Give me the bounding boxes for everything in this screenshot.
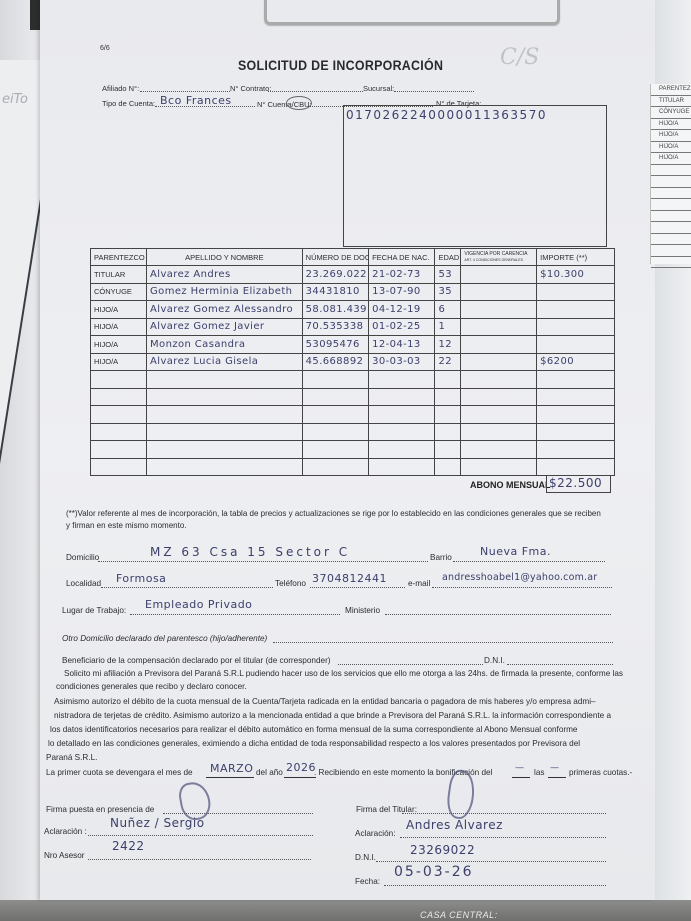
member-fecha-cell[interactable] [369, 371, 435, 389]
footnote-line-2: y firman en este mismo momento. [66, 521, 186, 530]
domicilio-value: MZ 63 Csa 15 Sector C [150, 545, 350, 559]
member-importe-cell[interactable] [537, 458, 615, 476]
bonif-field[interactable] [512, 777, 530, 778]
barrio-field[interactable] [453, 561, 605, 562]
member-fecha-cell[interactable]: 13-07-90 [369, 283, 435, 301]
header-importe: IMPORTE (**) [537, 249, 615, 266]
member-fecha-cell[interactable] [369, 423, 435, 441]
cbu-value: 0170262240000011363570 [346, 108, 547, 122]
cuenta-circle-mark [286, 96, 312, 110]
member-doc-cell[interactable] [302, 406, 368, 424]
email-field[interactable] [432, 587, 612, 588]
header-fecha: FECHA DE NAC. [369, 249, 435, 266]
member-importe-cell[interactable] [537, 336, 615, 354]
fecha-label: Fecha: [355, 877, 380, 886]
telefono-label: Teléfono [275, 579, 306, 588]
member-edad-cell[interactable]: 53 [435, 266, 461, 284]
member-nombre-cell[interactable]: Alvarez Gomez Javier [147, 318, 303, 336]
barrio-label: Barrio [430, 553, 452, 562]
member-nombre-cell[interactable] [147, 423, 303, 441]
members-table: PARENTEZCO APELLIDO Y NOMBRE NÚMERO DE D… [90, 248, 615, 476]
ministerio-label: Ministerio [345, 606, 380, 615]
first-fee-year: 2026 [286, 761, 316, 774]
first-fee-month: MARZO [210, 762, 253, 775]
side-sheet-row: HIJO/A [651, 130, 691, 142]
email-label: e-mail [408, 579, 430, 588]
member-vigencia-cell[interactable] [461, 301, 537, 319]
document-title: SOLICITUD DE INCORPORACIÓN [238, 58, 443, 73]
member-nombre-cell[interactable]: Alvarez Andres [147, 266, 303, 284]
background-left-note: eiTo [2, 92, 28, 107]
dni-field[interactable] [376, 861, 606, 862]
member-edad-cell[interactable]: 1 [435, 318, 461, 336]
asesor-value: 2422 [112, 839, 145, 853]
otro-domicilio-field[interactable] [273, 642, 613, 643]
member-parentezco-cell[interactable] [91, 388, 147, 406]
member-row: CÓNYUGEGomez Herminia Elizabeth344318101… [91, 283, 615, 301]
terms-p2-line-2: nistradora de terjetas de crédito. Asimi… [54, 711, 611, 720]
member-nombre-cell[interactable] [147, 388, 303, 406]
header-doc: NÚMERO DE DOC. [302, 249, 368, 266]
member-fecha-cell[interactable]: 04-12-19 [369, 301, 435, 319]
member-vigencia-cell[interactable] [461, 371, 537, 389]
telefono-field[interactable] [310, 587, 405, 588]
member-doc-cell[interactable]: 34431810 [302, 283, 368, 301]
member-edad-cell[interactable]: 22 [435, 353, 461, 371]
member-edad-cell[interactable] [435, 458, 461, 476]
member-importe-cell[interactable] [537, 318, 615, 336]
afiliado-label: Afiliado N°: [102, 84, 139, 93]
aclaracion-left-field[interactable] [88, 835, 313, 836]
member-parentezco-cell[interactable]: HIJO/A [91, 301, 147, 319]
side-sheet-row [651, 245, 691, 257]
member-fecha-cell[interactable] [369, 406, 435, 424]
member-doc-cell[interactable] [302, 371, 368, 389]
side-sheet-row: CÓNYUGE [651, 107, 691, 119]
first-fee-suffix: primeras cuotas.- [569, 768, 632, 777]
barrio-value: Nueva Fma. [480, 545, 551, 558]
header-vigencia: VIGENCIA POR CARENCIA ART. 4 CONDICIONES… [461, 249, 537, 266]
first-fee-prefix: La primer cuota se devengara el mes de [46, 768, 193, 777]
terms-p2-line-3: los datos identificatorios necesarios pa… [50, 725, 577, 734]
presencia-field[interactable] [163, 813, 313, 814]
side-sheet-row [651, 165, 691, 177]
background-bottom-sheet [0, 900, 691, 921]
member-row [91, 371, 615, 389]
member-nombre-cell[interactable] [147, 458, 303, 476]
clipboard-clip [264, 0, 560, 25]
domicilio-field[interactable] [98, 561, 428, 562]
member-parentezco-cell[interactable]: HIJO/A [91, 318, 147, 336]
side-sheet-row: TITULAR [651, 96, 691, 108]
telefono-value: 3704812441 [312, 572, 387, 585]
terms-p2-line-1: Asimismo autorizo el débito de la cuota … [54, 697, 596, 706]
tipo-cuenta-value: Bco Frances [160, 94, 232, 107]
member-parentezco-cell[interactable] [91, 423, 147, 441]
member-importe-cell[interactable]: $10.300 [537, 266, 615, 284]
member-doc-cell[interactable]: 58.081.439 [302, 301, 368, 319]
terms-p1-line-1: Solicito mi afiliación a Previsora del P… [64, 669, 623, 678]
bonif-value: — [515, 763, 525, 773]
member-doc-cell[interactable]: 23.269.022 [302, 266, 368, 284]
localidad-value: Formosa [116, 572, 166, 585]
asesor-label: Nro Asesor [44, 851, 85, 860]
member-vigencia-cell[interactable] [461, 388, 537, 406]
aclaracion-left-label: Aclaración : [44, 827, 87, 836]
member-row: HIJO/AAlvarez Gomez Javier70.53533801-02… [91, 318, 615, 336]
member-vigencia-cell[interactable] [461, 283, 537, 301]
member-vigencia-cell[interactable] [461, 458, 537, 476]
member-importe-cell[interactable]: $6200 [537, 353, 615, 371]
side-sheet-row [651, 176, 691, 188]
member-fecha-cell[interactable] [369, 441, 435, 459]
member-parentezco-cell[interactable] [91, 441, 147, 459]
member-parentezco-cell[interactable]: CÓNYUGE [91, 283, 147, 301]
localidad-label: Localidad [66, 579, 101, 588]
member-edad-cell[interactable]: 12 [435, 336, 461, 354]
titular-field[interactable] [402, 813, 606, 814]
header-edad: EDAD [435, 249, 461, 266]
afiliado-field[interactable] [140, 91, 230, 92]
dni-value: 23269022 [410, 843, 475, 857]
aclaracion-right-value: Andres Alvarez [406, 818, 503, 832]
abono-mensual-label: ABONO MENSUAL [470, 480, 551, 490]
member-nombre-cell[interactable] [147, 441, 303, 459]
las-field[interactable] [548, 777, 566, 778]
member-doc-cell[interactable] [302, 441, 368, 459]
member-edad-cell[interactable] [435, 371, 461, 389]
lugar-trabajo-value: Empleado Privado [145, 598, 252, 611]
background-side-sheet: PARENTEZTITULARCÓNYUGEHIJO/AHIJO/AHIJO/A… [650, 84, 691, 264]
header-parentezco: PARENTEZCO [91, 249, 147, 266]
pencil-annotation: C/S [500, 45, 539, 70]
member-vigencia-cell[interactable] [461, 318, 537, 336]
las-label: las [534, 768, 544, 777]
abono-mensual-value: $22.500 [549, 476, 602, 490]
otro-domicilio-label: Otro Domicilio declarado del parentesco … [62, 634, 267, 643]
member-vigencia-cell[interactable] [461, 423, 537, 441]
member-doc-cell[interactable]: 70.535338 [302, 318, 368, 336]
member-doc-cell[interactable]: 45.668892 [302, 353, 368, 371]
fecha-field[interactable] [384, 885, 606, 886]
header-nombre: APELLIDO Y NOMBRE [147, 249, 303, 266]
member-doc-cell[interactable]: 53095476 [302, 336, 368, 354]
member-nombre-cell[interactable]: Alvarez Lucia Gisela [147, 353, 303, 371]
aclaracion-right-label: Aclaración: [355, 829, 396, 838]
member-importe-cell[interactable] [537, 423, 615, 441]
member-importe-cell[interactable] [537, 371, 615, 389]
contrato-field[interactable] [268, 91, 363, 92]
member-importe-cell[interactable] [537, 406, 615, 424]
member-importe-cell[interactable] [537, 441, 615, 459]
member-importe-cell[interactable] [537, 283, 615, 301]
member-vigencia-cell[interactable] [461, 336, 537, 354]
side-sheet-row [651, 234, 691, 246]
member-importe-cell[interactable] [537, 301, 615, 319]
sucursal-label: Sucursal: [363, 84, 394, 93]
member-row [91, 458, 615, 476]
member-parentezco-cell[interactable] [91, 371, 147, 389]
member-parentezco-cell[interactable]: HIJO/A [91, 336, 147, 354]
member-nombre-cell[interactable] [147, 371, 303, 389]
member-fecha-cell[interactable]: 01-02-25 [369, 318, 435, 336]
side-sheet-row [651, 222, 691, 234]
members-table-header: PARENTEZCO APELLIDO Y NOMBRE NÚMERO DE D… [91, 249, 615, 266]
lugar-trabajo-label: Lugar de Trabajo: [62, 606, 126, 615]
side-sheet-row: PARENTEZ [651, 84, 691, 96]
footnote-line-1: (**)Valor referente al mes de incorporac… [66, 509, 601, 518]
side-sheet-row: HIJO/A [651, 153, 691, 165]
side-sheet-row [651, 199, 691, 211]
member-parentezco-cell[interactable] [91, 458, 147, 476]
member-row: HIJO/AMonzon Casandra5309547612-04-1312 [91, 336, 615, 354]
member-parentezco-cell[interactable]: HIJO/A [91, 353, 147, 371]
tipo-cuenta-label: Tipo de Cuenta: [102, 99, 155, 108]
member-fecha-cell[interactable]: 30-03-03 [369, 353, 435, 371]
aclaracion-left-value: Nuñez / Sergio [110, 816, 205, 830]
terms-p2-line-5: Paraná S.R.L. [46, 753, 97, 762]
member-row: HIJO/AAlvarez Gomez Alessandro58.081.439… [91, 301, 615, 319]
terms-p1-line-2: condiciones generales que recibo y decla… [56, 682, 247, 691]
beneficiario-field[interactable] [338, 664, 483, 665]
member-fecha-cell[interactable]: 12-04-13 [369, 336, 435, 354]
member-edad-cell[interactable]: 35 [435, 283, 461, 301]
domicilio-label: Domicilio [66, 553, 99, 562]
first-fee-month-field[interactable] [206, 777, 254, 778]
member-fecha-cell[interactable]: 21-02-73 [369, 266, 435, 284]
member-row [91, 388, 615, 406]
las-value: — [550, 763, 560, 773]
member-row [91, 423, 615, 441]
contrato-label: N° Contrato: [230, 84, 271, 93]
side-sheet-row [651, 188, 691, 200]
lugar-trabajo-field[interactable] [130, 614, 340, 615]
member-vigencia-cell[interactable] [461, 441, 537, 459]
beneficiario-dni-label: D.N.I. [484, 656, 505, 665]
member-vigencia-cell[interactable] [461, 406, 537, 424]
member-nombre-cell[interactable]: Alvarez Gomez Alessandro [147, 301, 303, 319]
beneficiario-label: Beneficiario de la compensación declarad… [62, 656, 331, 665]
terms-p2-line-4: lo detallado en las condiciones generale… [48, 739, 580, 748]
member-row [91, 406, 615, 424]
sucursal-field[interactable] [394, 91, 474, 92]
member-edad-cell[interactable]: 6 [435, 301, 461, 319]
fecha-value: 05-03-26 [394, 864, 474, 880]
side-sheet-row [651, 257, 691, 269]
member-nombre-cell[interactable] [147, 406, 303, 424]
localidad-field[interactable] [101, 587, 273, 588]
member-importe-cell[interactable] [537, 388, 615, 406]
ministerio-field[interactable] [385, 614, 611, 615]
member-vigencia-cell[interactable] [461, 266, 537, 284]
dni-label: D.N.I. [355, 853, 376, 862]
presencia-label: Firma puesta en presencia de [46, 805, 154, 814]
first-fee-year-label: del año [256, 768, 283, 777]
asesor-field[interactable] [88, 859, 311, 860]
aclaracion-right-field[interactable] [400, 837, 606, 838]
beneficiario-dni-field[interactable] [507, 664, 613, 665]
member-row: HIJO/AAlvarez Lucia Gisela45.66889230-03… [91, 353, 615, 371]
page-number: 6/6 [100, 45, 110, 52]
member-doc-cell[interactable] [302, 458, 368, 476]
side-sheet-row: HIJO/A [651, 119, 691, 131]
member-parentezco-cell[interactable] [91, 406, 147, 424]
member-fecha-cell[interactable] [369, 458, 435, 476]
member-edad-cell[interactable] [435, 406, 461, 424]
member-nombre-cell[interactable]: Monzon Casandra [147, 336, 303, 354]
cbu-card-box[interactable] [343, 105, 607, 247]
member-row [91, 441, 615, 459]
casa-central-label: CASA CENTRAL: [420, 910, 498, 920]
member-fecha-cell[interactable] [369, 388, 435, 406]
first-fee-year-field[interactable] [284, 777, 316, 778]
side-sheet-row: HIJO/A [651, 142, 691, 154]
email-value: andresshoabel1@yahoo.com.ar [442, 572, 597, 583]
member-row: TITULARAlvarez Andres23.269.02221-02-735… [91, 266, 615, 284]
member-nombre-cell[interactable]: Gomez Herminia Elizabeth [147, 283, 303, 301]
side-sheet-row [651, 211, 691, 223]
member-edad-cell[interactable] [435, 441, 461, 459]
header-vigencia-sub: ART. 4 CONDICIONES GENERALES [464, 257, 533, 263]
member-doc-cell[interactable] [302, 388, 368, 406]
member-doc-cell[interactable] [302, 423, 368, 441]
member-edad-cell[interactable] [435, 423, 461, 441]
member-vigencia-cell[interactable] [461, 353, 537, 371]
member-parentezco-cell[interactable]: TITULAR [91, 266, 147, 284]
member-edad-cell[interactable] [435, 388, 461, 406]
